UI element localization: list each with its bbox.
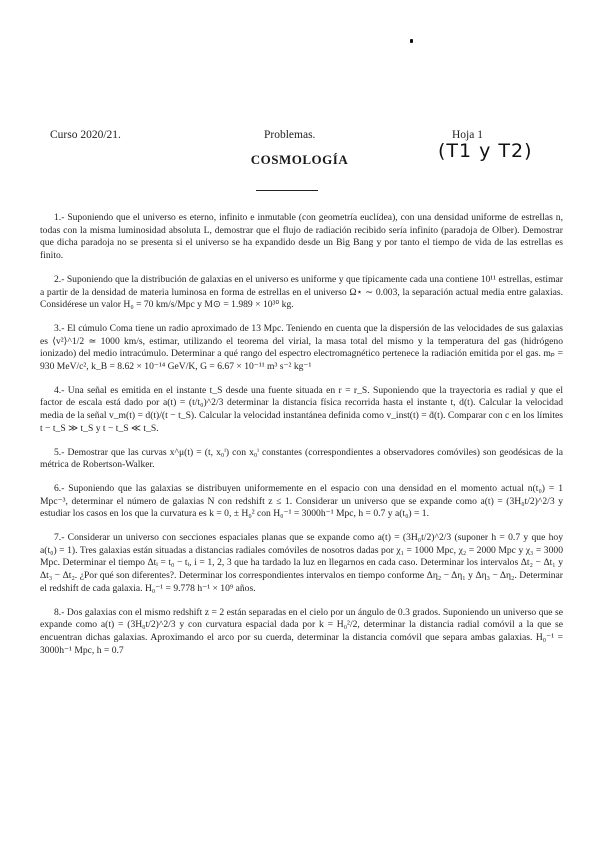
problem-list: 1.- Suponiendo que el universo es eterno… xyxy=(40,212,563,668)
document-kind: Problemas. xyxy=(264,129,315,141)
problem-4: 4.- Una señal es emitida en el instante … xyxy=(40,385,563,436)
page-title: COSMOLOGÍA xyxy=(0,152,599,168)
problem-6: 6.- Suponiendo que las galaxias se distr… xyxy=(40,483,563,521)
problem-5: 5.- Demostrar que las curvas x^μ(t) = (t… xyxy=(40,447,563,472)
problem-1: 1.- Suponiendo que el universo es eterno… xyxy=(40,212,563,263)
ink-speck xyxy=(410,39,413,43)
problem-8: 8.- Dos galaxias con el mismo redshift z… xyxy=(40,607,563,658)
course-label: Curso 2020/21. xyxy=(50,129,121,141)
problem-2: 2.- Suponiendo que la distribución de ga… xyxy=(40,274,563,312)
problem-3: 3.- El cúmulo Coma tiene un radio aproxi… xyxy=(40,323,563,374)
problem-7: 7.- Considerar un universo con secciones… xyxy=(40,532,563,596)
title-divider xyxy=(256,190,318,191)
